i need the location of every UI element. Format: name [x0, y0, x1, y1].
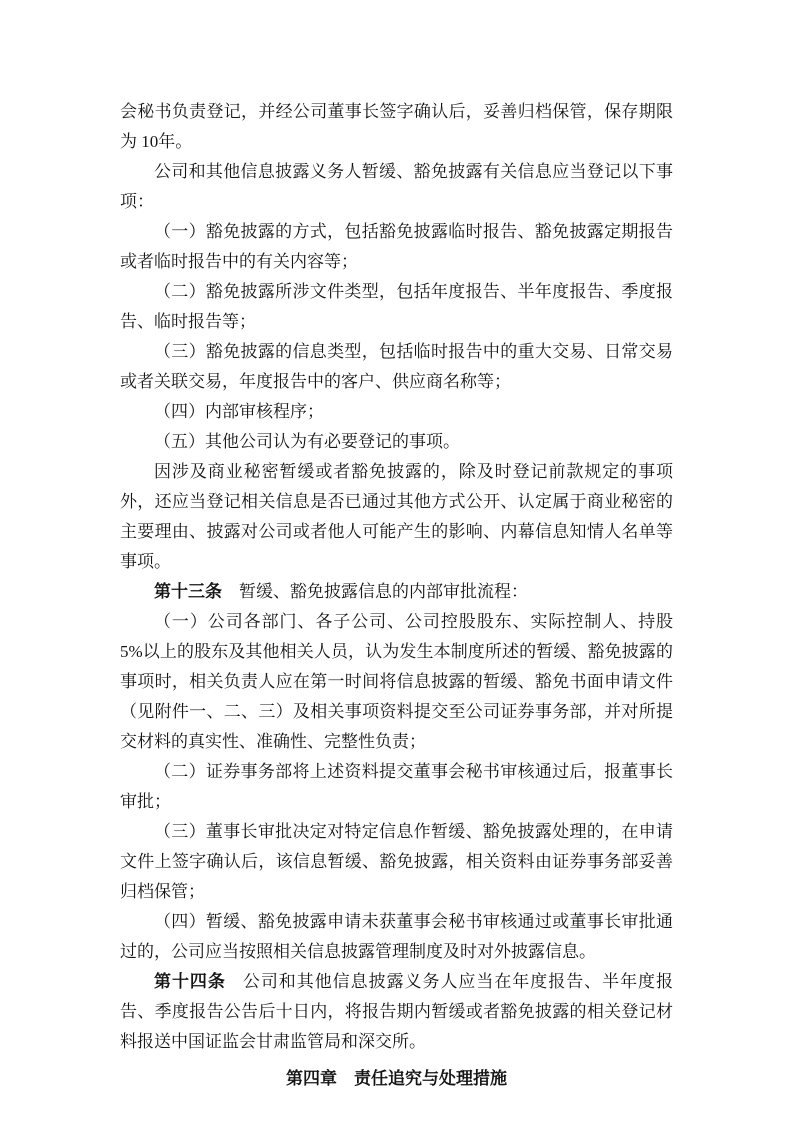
- list-item: （二）豁免披露所涉文件类型，包括年度报告、半年度报告、季度报告、临时报告等；: [120, 277, 673, 337]
- chapter-title: 责任追究与处理措施: [354, 1069, 507, 1088]
- article-paragraph: 第十三条暂缓、豁免披露信息的内部审批流程：: [120, 577, 673, 607]
- list-item: （三）董事长审批决定对特定信息作暂缓、豁免披露处理的，在申请文件上签字确认后，该…: [120, 817, 673, 907]
- paragraph: 因涉及商业秘密暂缓或者豁免披露的，除及时登记前款规定的事项外，还应当登记相关信息…: [120, 457, 673, 577]
- chapter-heading: 第四章责任追究与处理措施: [120, 1064, 673, 1094]
- article-number: 第十三条: [154, 582, 222, 601]
- article-number: 第十四条: [154, 972, 226, 991]
- list-item: （一）豁免披露的方式，包括豁免披露临时报告、豁免披露定期报告或者临时报告中的有关…: [120, 217, 673, 277]
- list-item: （四）内部审核程序；: [120, 397, 673, 427]
- list-item: （四）暂缓、豁免披露申请未获董事会秘书审核通过或董事长审批通过的，公司应当按照相…: [120, 907, 673, 967]
- article-paragraph: 第十四条公司和其他信息披露义务人应当在年度报告、半年度报告、季度报告公告后十日内…: [120, 967, 673, 1057]
- paragraph-continuation: 会秘书负责登记，并经公司董事长签字确认后，妥善归档保管，保存期限为 10年。: [120, 97, 673, 157]
- list-item: （五）其他公司认为有必要登记的事项。: [120, 427, 673, 457]
- chapter-number: 第四章: [286, 1069, 337, 1088]
- document-page: 会秘书负责登记，并经公司董事长签字确认后，妥善归档保管，保存期限为 10年。 公…: [0, 0, 793, 1122]
- list-item: （二）证券事务部将上述资料提交董事会秘书审核通过后，报董事长审批；: [120, 757, 673, 817]
- article-text: 暂缓、豁免披露信息的内部审批流程：: [239, 582, 528, 601]
- paragraph: 公司和其他信息披露义务人暂缓、豁免披露有关信息应当登记以下事项：: [120, 157, 673, 217]
- list-item: （一）公司各部门、各子公司、公司控股股东、实际控制人、持股 5%以上的股东及其他…: [120, 607, 673, 757]
- list-item: （三）豁免披露的信息类型，包括临时报告中的重大交易、日常交易或者关联交易，年度报…: [120, 337, 673, 397]
